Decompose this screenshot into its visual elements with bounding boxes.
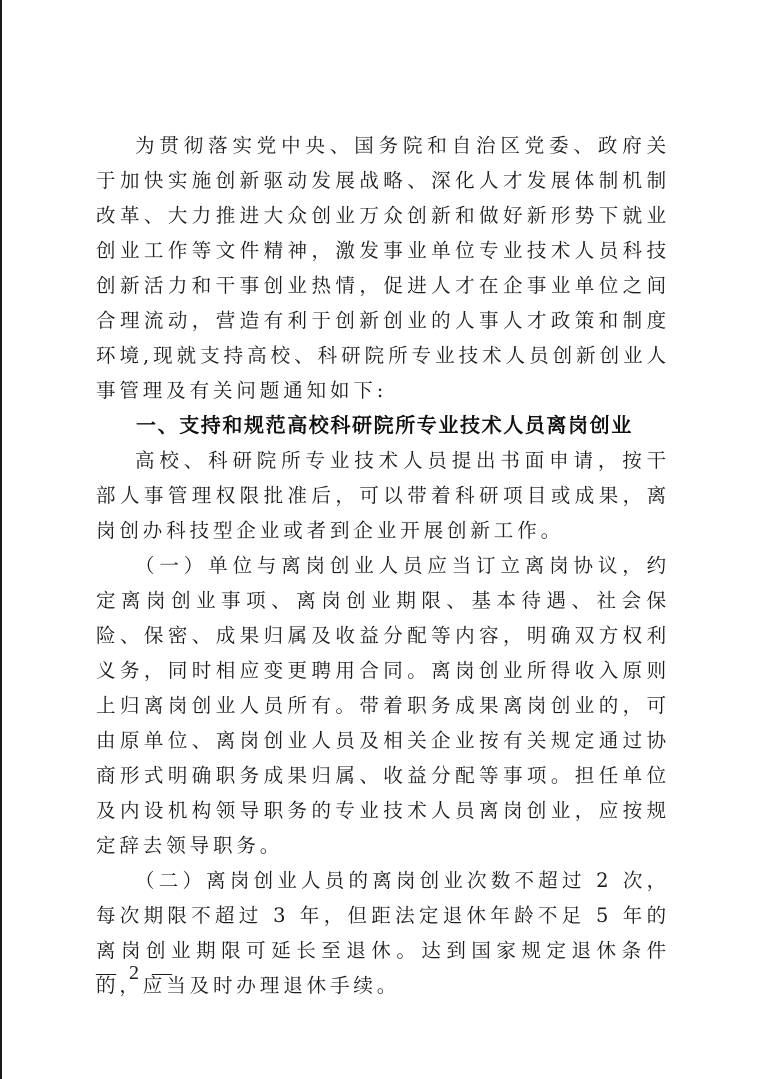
page-number: — 2 —: [96, 962, 176, 985]
document-page: 为贯彻落实党中央、国务院和自治区党委、政府关于加快实施创新驱动发展战略、深化人才…: [96, 128, 670, 1003]
section-1-paragraph: 高校、科研院所专业技术人员提出书面申请，按干部人事管理权限批准后，可以带着科研项…: [96, 443, 670, 548]
section-heading-1: 一、支持和规范高校科研院所专业技术人员离岗创业: [96, 408, 670, 443]
item-2-paragraph: （二）离岗创业人员的离岗创业次数不超过 2 次，每次期限不超过 3 年，但距法定…: [96, 863, 670, 1003]
intro-paragraph: 为贯彻落实党中央、国务院和自治区党委、政府关于加快实施创新驱动发展战略、深化人才…: [96, 128, 670, 408]
item-1-paragraph: （一）单位与离岗创业人员应当订立离岗协议，约定离岗创业事项、离岗创业期限、基本待…: [96, 548, 670, 863]
page-left-border: [0, 0, 2, 1079]
